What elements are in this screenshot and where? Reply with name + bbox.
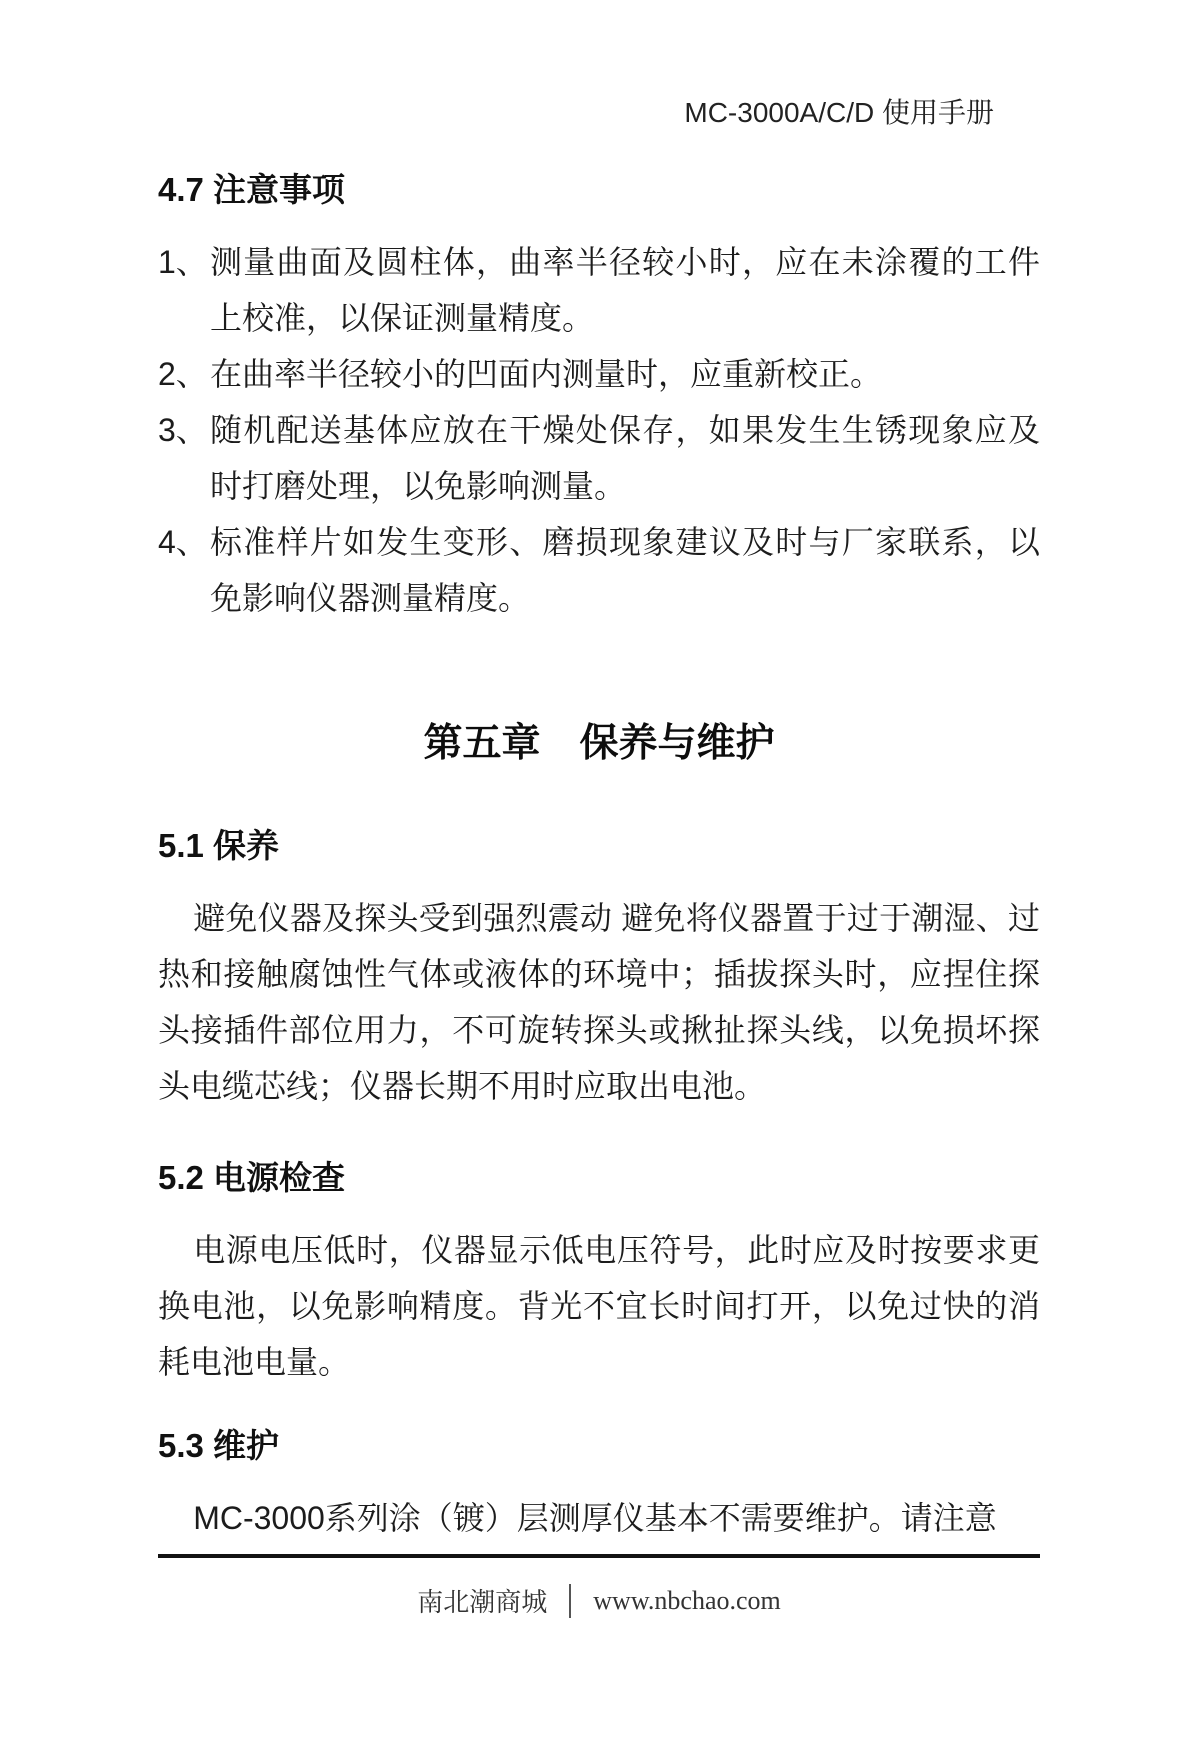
list-item-text: 在曲率半径较小的凹面内测量时，应重新校正。: [210, 346, 1040, 402]
paragraph-maintenance: MC-3000系列涂（镀）层测厚仪基本不需要维护。请注意: [158, 1490, 1040, 1546]
document-page: MC-3000A/C/D 使用手册 4.7 注意事项 1、 测量曲面及圆柱体，曲…: [0, 0, 1200, 1619]
list-item-marker: 3、: [158, 402, 210, 458]
list-item-marker: 4、: [158, 514, 210, 570]
notice-list: 1、 测量曲面及圆柱体，曲率半径较小时，应在未涂覆的工件上校准，以保证测量精度。…: [158, 234, 1040, 626]
section-heading-5-1: 5.1 保养: [158, 826, 1040, 866]
page-footer: 南北潮商城 www.nbchao.com: [158, 1582, 1040, 1619]
list-item: 4、 标准样片如发生变形、磨损现象建议及时与厂家联系，以免影响仪器测量精度。: [158, 514, 1040, 626]
page-header: MC-3000A/C/D 使用手册: [158, 96, 1040, 130]
section-heading-5-2: 5.2 电源检查: [158, 1158, 1040, 1198]
paragraph-care: 避免仪器及探头受到强烈震动 避免将仪器置于过于潮湿、过热和接触腐蚀性气体或液体的…: [158, 890, 1040, 1114]
list-item-text: 随机配送基体应放在干燥处保存，如果发生生锈现象应及时打磨处理，以免影响测量。: [210, 402, 1040, 514]
footer-divider: [569, 1584, 571, 1618]
list-item-text: 标准样片如发生变形、磨损现象建议及时与厂家联系，以免影响仪器测量精度。: [210, 514, 1040, 626]
footer-rule: [158, 1554, 1040, 1558]
list-item: 1、 测量曲面及圆柱体，曲率半径较小时，应在未涂覆的工件上校准，以保证测量精度。: [158, 234, 1040, 346]
section-heading-4-7: 4.7 注意事项: [158, 170, 1040, 210]
list-item-text: 测量曲面及圆柱体，曲率半径较小时，应在未涂覆的工件上校准，以保证测量精度。: [210, 234, 1040, 346]
paragraph-power-check: 电源电压低时，仪器显示低电压符号，此时应及时按要求更换电池，以免影响精度。背光不…: [158, 1222, 1040, 1390]
list-item-marker: 2、: [158, 346, 210, 402]
list-item: 3、 随机配送基体应放在干燥处保存，如果发生生锈现象应及时打磨处理，以免影响测量…: [158, 402, 1040, 514]
list-item-marker: 1、: [158, 234, 210, 290]
footer-site-name: 南北潮商城: [417, 1582, 547, 1619]
footer-url: www.nbchao.com: [593, 1586, 780, 1616]
chapter-title: 第五章 保养与维护: [158, 720, 1040, 768]
list-item: 2、 在曲率半径较小的凹面内测量时，应重新校正。: [158, 346, 1040, 402]
section-heading-5-3: 5.3 维护: [158, 1426, 1040, 1466]
